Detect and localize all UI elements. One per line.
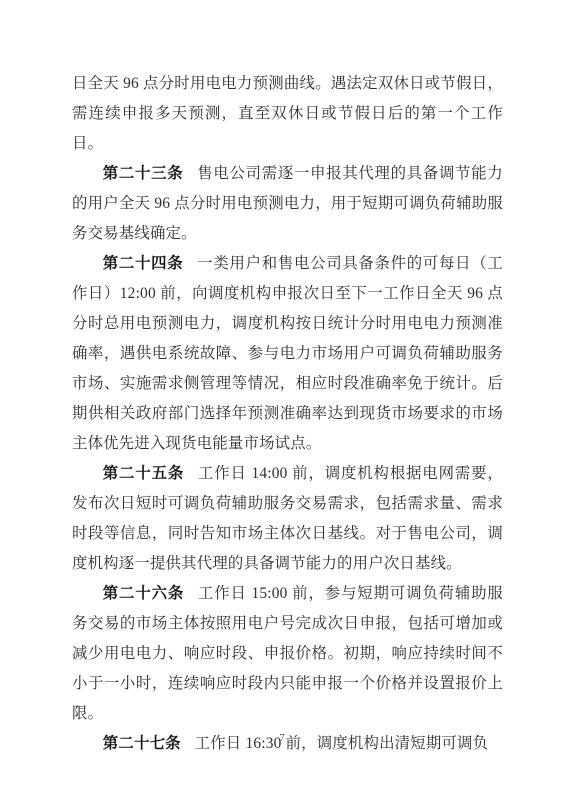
article-number: 第二十六条 <box>103 585 184 602</box>
article-number: 第二十三条 <box>103 165 184 182</box>
paragraph: 第二十五条工作日 14:00 前，调度机构根据电网需要，发布次日短时可调负荷辅助… <box>72 459 503 579</box>
article-number: 第二十五条 <box>103 465 184 482</box>
paragraph: 第二十六条工作日 15:00 前，参与短期可调负荷辅助服务交易的市场主体按照用电… <box>72 579 503 729</box>
article-number: 第二十四条 <box>103 255 184 272</box>
paragraph-text: 一类用户和售电公司具备条件的可每日（工作日）12:00 前，向调度机构申报次日至… <box>72 255 503 452</box>
document-page: 日全天 96 点分时用电电力预测曲线。遇法定双休日或节假日，需连续申报多天预测，… <box>0 0 564 800</box>
paragraph: 日全天 96 点分时用电电力预测曲线。遇法定双休日或节假日，需连续申报多天预测，… <box>72 69 503 159</box>
paragraph-text: 日全天 96 点分时用电电力预测曲线。遇法定双休日或节假日，需连续申报多天预测，… <box>72 75 503 152</box>
document-body: 日全天 96 点分时用电电力预测曲线。遇法定双休日或节假日，需连续申报多天预测，… <box>72 69 503 759</box>
paragraph: 第二十四条一类用户和售电公司具备条件的可每日（工作日）12:00 前，向调度机构… <box>72 249 503 459</box>
paragraph-text: 工作日 15:00 前，参与短期可调负荷辅助服务交易的市场主体按照用电户号完成次… <box>72 585 503 722</box>
page-number: 7 <box>0 731 564 745</box>
paragraph: 第二十三条售电公司需逐一申报其代理的具备调节能力的用户全天 96 点分时用电预测… <box>72 159 503 249</box>
